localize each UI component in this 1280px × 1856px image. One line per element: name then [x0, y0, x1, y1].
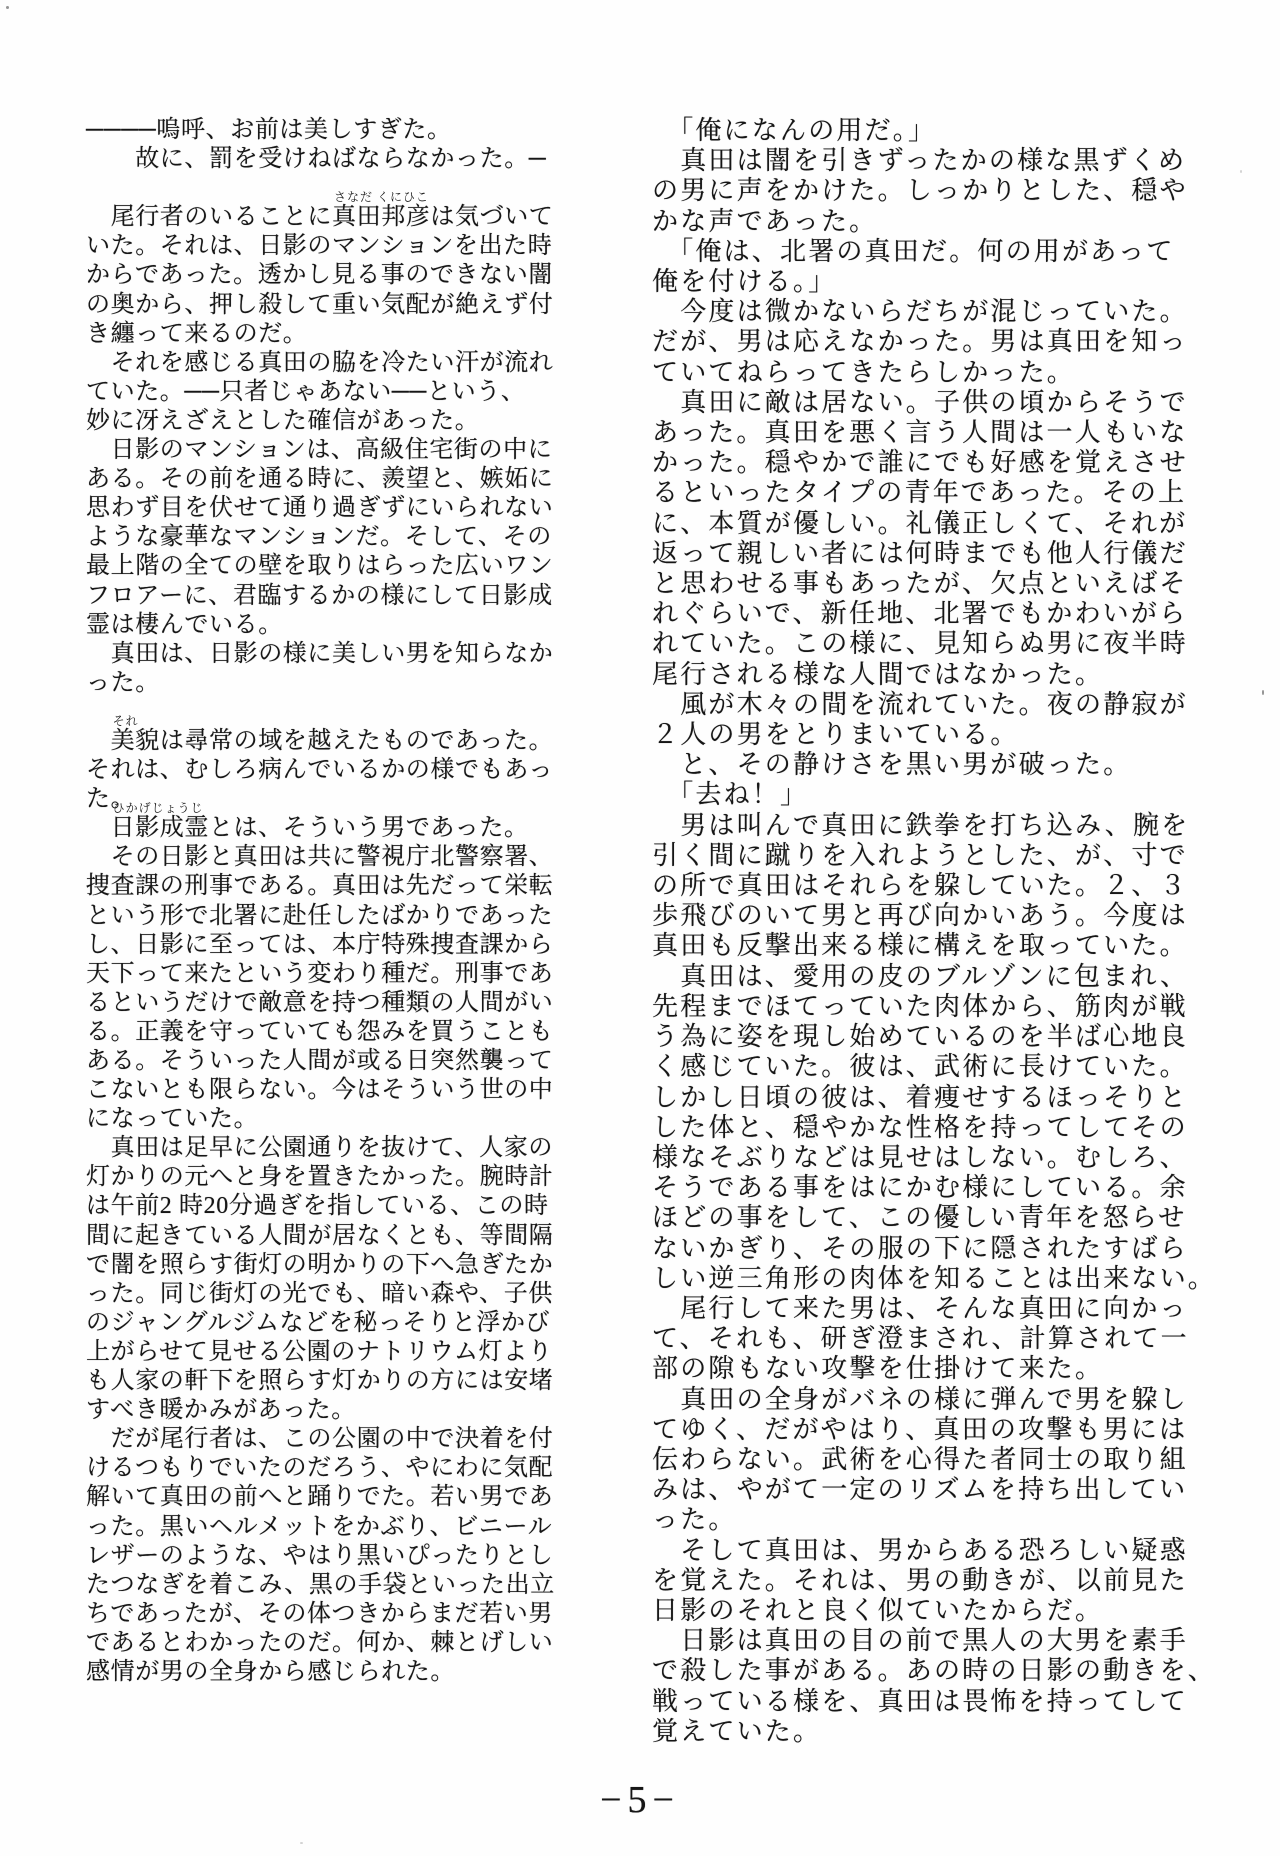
text-line: く感じていた。彼は、武術に長けていた。 [652, 1052, 1228, 1082]
text-line: すべき暖かみがあった。 [86, 1396, 566, 1425]
text-line: った。黒いヘルメットをかぶり、ビニール [86, 1513, 566, 1542]
text-line: 真田は闇を引きずったかの様な黒ずくめ [652, 146, 1228, 176]
text-line: それを感じる真田の脇を冷たい汗が流れ [86, 349, 566, 378]
text-line: 真田に敵は居ない。子供の頃からそうで [652, 388, 1228, 418]
text-line: 真田は足早に公園通りを抜けて、人家の [86, 1134, 566, 1163]
text-line: 伝わらない。武術を心得た者同士の取り組 [652, 1445, 1228, 1475]
text-line: るといったタイプの青年であった。その上 [652, 478, 1228, 508]
text-line: ある。その前を通る時に、羨望と、嫉妬に [86, 465, 566, 494]
text-line: 先程までほてっていた肉体から、筋肉が戦 [652, 992, 1228, 1022]
text-line: 風が木々の間を流れていた。夜の静寂が [652, 690, 1228, 720]
text-line: 「俺になんの用だ。」 [652, 116, 1228, 146]
text-line: てゆく、だがやはり、真田の攻撃も男には [652, 1415, 1228, 1445]
text-line: 霊は棲んでいる。 [86, 611, 566, 640]
text-line: した体と、穏やかな性格を持ってしてその [652, 1113, 1228, 1143]
text-line: からであった。透かし見る事のできない闇 [86, 261, 566, 290]
text-line: った。同じ街灯の光でも、暗い森や、子供 [86, 1280, 566, 1309]
text-line: 灯かりの元へと身を置きたかった。腕時計 [86, 1163, 566, 1192]
furigana: さなだ くにひこ [334, 191, 429, 203]
text-line: の奥から、押し殺して重い気配が絶えず付 [86, 291, 566, 320]
text-line: ひかげじょうじ日影成霊とは、そういう男であった。 [86, 814, 566, 843]
text-line: それ美貌は尋常の域を越えたものであった。 [86, 727, 566, 756]
text-line: 真田は、愛用の皮のブルゾンに包まれ、 [652, 962, 1228, 992]
text-line: そして真田は、男からある恐ろしい疑惑 [652, 1536, 1228, 1566]
text-line: し、日影に至っては、本庁特殊捜査課から [86, 931, 566, 960]
text-line: であるとわかったのだ。何か、棘とげしい [86, 1629, 566, 1658]
text-line: 日影のマンションは、高級住宅街の中に [86, 436, 566, 465]
text-line: ないかぎり、その服の下に隠されたすばら [652, 1234, 1228, 1264]
text-line: 間に起きている人間が居なくとも、等間隔 [86, 1222, 566, 1251]
text-line: 感情が男の全身から感じられた。 [86, 1658, 566, 1687]
text-line: は午前2 時20分過ぎを指している、この時 [86, 1192, 566, 1221]
ruby-annotated-text: ひかげじょうじ日影成霊 [111, 815, 209, 841]
text-line: と、その静けさを黒い男が破った。 [652, 750, 1228, 780]
text-line: の所で真田はそれらを躱していた。２、３ [652, 871, 1228, 901]
text-line: と思わせる事もあったが、欠点といえばそ [652, 569, 1228, 599]
furigana: ひかげじょうじ [113, 802, 204, 814]
text-line: で殺した事がある。あの時の日影の動きを、 [652, 1656, 1228, 1686]
scan-speck [1240, 170, 1242, 173]
text-line: だが尾行者は、この公園の中で決着を付 [86, 1425, 566, 1454]
left-text-column: ────嗚呼、お前は美しすぎた。 故に、罰を受けねばならなかった。─ 尾行者のい… [86, 116, 566, 1687]
text-line: れぐらいで、新任地、北署でもかわいがら [652, 599, 1228, 629]
ruby-annotated-text: さなだ くにひこ真田邦彦 [332, 204, 430, 230]
text-line: フロアーに、君臨するかの様にして日影成 [86, 582, 566, 611]
text-line: に、本質が優しい。礼儀正しくて、それが [652, 509, 1228, 539]
text-line: 妙に冴えざえとした確信があった。 [86, 407, 566, 436]
text-line: 捜査課の刑事である。真田は先だって栄転 [86, 872, 566, 901]
text-line: 真田も反撃出来る様に構えを取っていた。 [652, 931, 1228, 961]
page-number: −5− [0, 1778, 1280, 1822]
text-line: 覚えていた。 [652, 1717, 1228, 1747]
text-line: も人家の軒下を照らす灯かりの方には安堵 [86, 1367, 566, 1396]
text-line: 思わず目を伏せて通り過ぎずにいられない [86, 494, 566, 523]
text-line: るというだけで敵意を持つ種類の人間がい [86, 989, 566, 1018]
ruby-annotated-text: それ美貌 [111, 728, 160, 754]
text-line: 故に、罰を受けねばならなかった。─ [86, 145, 566, 174]
text-line [86, 174, 566, 203]
text-line: 男は叫んで真田に鉄拳を打ち込み、腕を [652, 811, 1228, 841]
text-line: ていてねらってきたらしかった。 [652, 358, 1228, 388]
text-line: れていた。この様に、見知らぬ男に夜半時 [652, 629, 1228, 659]
text-line: になっていた。 [86, 1105, 566, 1134]
text-line: 日影は真田の目の前で黒人の大男を素手 [652, 1626, 1228, 1656]
text-line: 天下って来たという変わり種だ。刑事であ [86, 960, 566, 989]
text-line: いた。それは、日影のマンションを出た時 [86, 232, 566, 261]
text-line: そうである事をはにかむ様にしている。余 [652, 1173, 1228, 1203]
text-line: て、それも、研ぎ澄まされ、計算されて一 [652, 1324, 1228, 1354]
text-line: 上がらせて見せる公園のナトリウム灯より [86, 1338, 566, 1367]
text-line: こないとも限らない。今はそういう世の中 [86, 1076, 566, 1105]
text-line: 尾行される様な人間ではなかった。 [652, 660, 1228, 690]
text-line [86, 698, 566, 727]
text-line: あった。真田を悪く言う人間は一人もいな [652, 418, 1228, 448]
text-line: を覚えた。それは、男の動きが、以前見た [652, 1566, 1228, 1596]
text-line: それは、むしろ病んでいるかの様でもあっ [86, 756, 566, 785]
scan-speck [6, 6, 9, 9]
text-line: ────嗚呼、お前は美しすぎた。 [86, 116, 566, 145]
text-line: 俺を付ける。」 [652, 267, 1228, 297]
scan-speck [300, 1842, 303, 1844]
text-line: 戦っている様を、真田は畏怖を持ってして [652, 1687, 1228, 1717]
scanned-page: ────嗚呼、お前は美しすぎた。 故に、罰を受けねばならなかった。─ 尾行者のい… [0, 0, 1280, 1856]
text-line: き纏って来るのだ。 [86, 320, 566, 349]
text-line: かった。穏やかで誰にでも好感を覚えさせ [652, 448, 1228, 478]
text-line: ほどの事をして、この優しい青年を怒らせ [652, 1203, 1228, 1233]
text-line: しかし日頃の彼は、着痩せするほっそりと [652, 1083, 1228, 1113]
text-line: 引く間に蹴りを入れようとした、が、寸で [652, 841, 1228, 871]
right-text-column: 「俺になんの用だ。」 真田は闇を引きずったかの様な黒ずくめの男に声をかけた。しっ… [652, 116, 1228, 1747]
text-line: ような豪華なマンションだ。そして、その [86, 523, 566, 552]
text-line: みは、やがて一定のリズムを持ち出してい [652, 1475, 1228, 1505]
text-line: 真田は、日影の様に美しい男を知らなか [86, 640, 566, 669]
text-line: しい逆三角形の肉体を知ることは出来ない。 [652, 1264, 1228, 1294]
text-line: ２人の男をとりまいている。 [652, 720, 1228, 750]
text-line: ちであったが、その体つきからまだ若い男 [86, 1600, 566, 1629]
text-line: だが、男は応えなかった。男は真田を知っ [652, 327, 1228, 357]
text-line: の男に声をかけた。しっかりとした、穏や [652, 176, 1228, 206]
text-line: 解いて真田の前へと踊りでた。若い男であ [86, 1483, 566, 1512]
text-line: 「去ね！」 [652, 780, 1228, 810]
scan-speck [1262, 690, 1264, 695]
text-line: レザーのような、やはり黒いぴったりとし [86, 1542, 566, 1571]
text-line: のジャングルジムなどを秘っそりと浮かび [86, 1309, 566, 1338]
text-line: で闇を照らす街灯の明かりの下へ急ぎたか [86, 1251, 566, 1280]
text-line: 返って親しい者には何時までも他人行儀だ [652, 539, 1228, 569]
text-line: たつなぎを着こみ、黒の手袋といった出立 [86, 1571, 566, 1600]
text-line: 日影のそれと良く似ていたからだ。 [652, 1596, 1228, 1626]
text-line: 尾行者のいることにさなだ くにひこ真田邦彦は気づいて [86, 203, 566, 232]
text-line: ある。そういった人間が或る日突然襲って [86, 1047, 566, 1076]
furigana: それ [113, 715, 139, 727]
text-line: 最上階の全ての壁を取りはらった広いワン [86, 552, 566, 581]
text-line: という形で北署に赴任したばかりであった [86, 902, 566, 931]
text-line: 歩飛びのいて男と再び向かいあう。今度は [652, 901, 1228, 931]
text-line: ていた。──只者じゃあない──という、 [86, 378, 566, 407]
text-line: 「俺は、北署の真田だ。何の用があって [652, 237, 1228, 267]
text-line: 真田の全身がバネの様に弾んで男を躱し [652, 1385, 1228, 1415]
text-line: 様なそぶりなどは見せはしない。むしろ、 [652, 1143, 1228, 1173]
text-line: る。正義を守っていても怨みを買うことも [86, 1018, 566, 1047]
text-line: 尾行して来た男は、そんな真田に向かっ [652, 1294, 1228, 1324]
text-line: けるつもりでいたのだろう、やにわに気配 [86, 1454, 566, 1483]
text-line: その日影と真田は共に警視庁北警察署、 [86, 843, 566, 872]
text-line: った。 [652, 1505, 1228, 1535]
text-line: かな声であった。 [652, 207, 1228, 237]
text-line: った。 [86, 669, 566, 698]
text-line: 今度は微かないらだちが混じっていた。 [652, 297, 1228, 327]
text-line: う為に姿を現し始めているのを半ば心地良 [652, 1022, 1228, 1052]
text-line: 部の隙もない攻撃を仕掛けて来た。 [652, 1354, 1228, 1384]
